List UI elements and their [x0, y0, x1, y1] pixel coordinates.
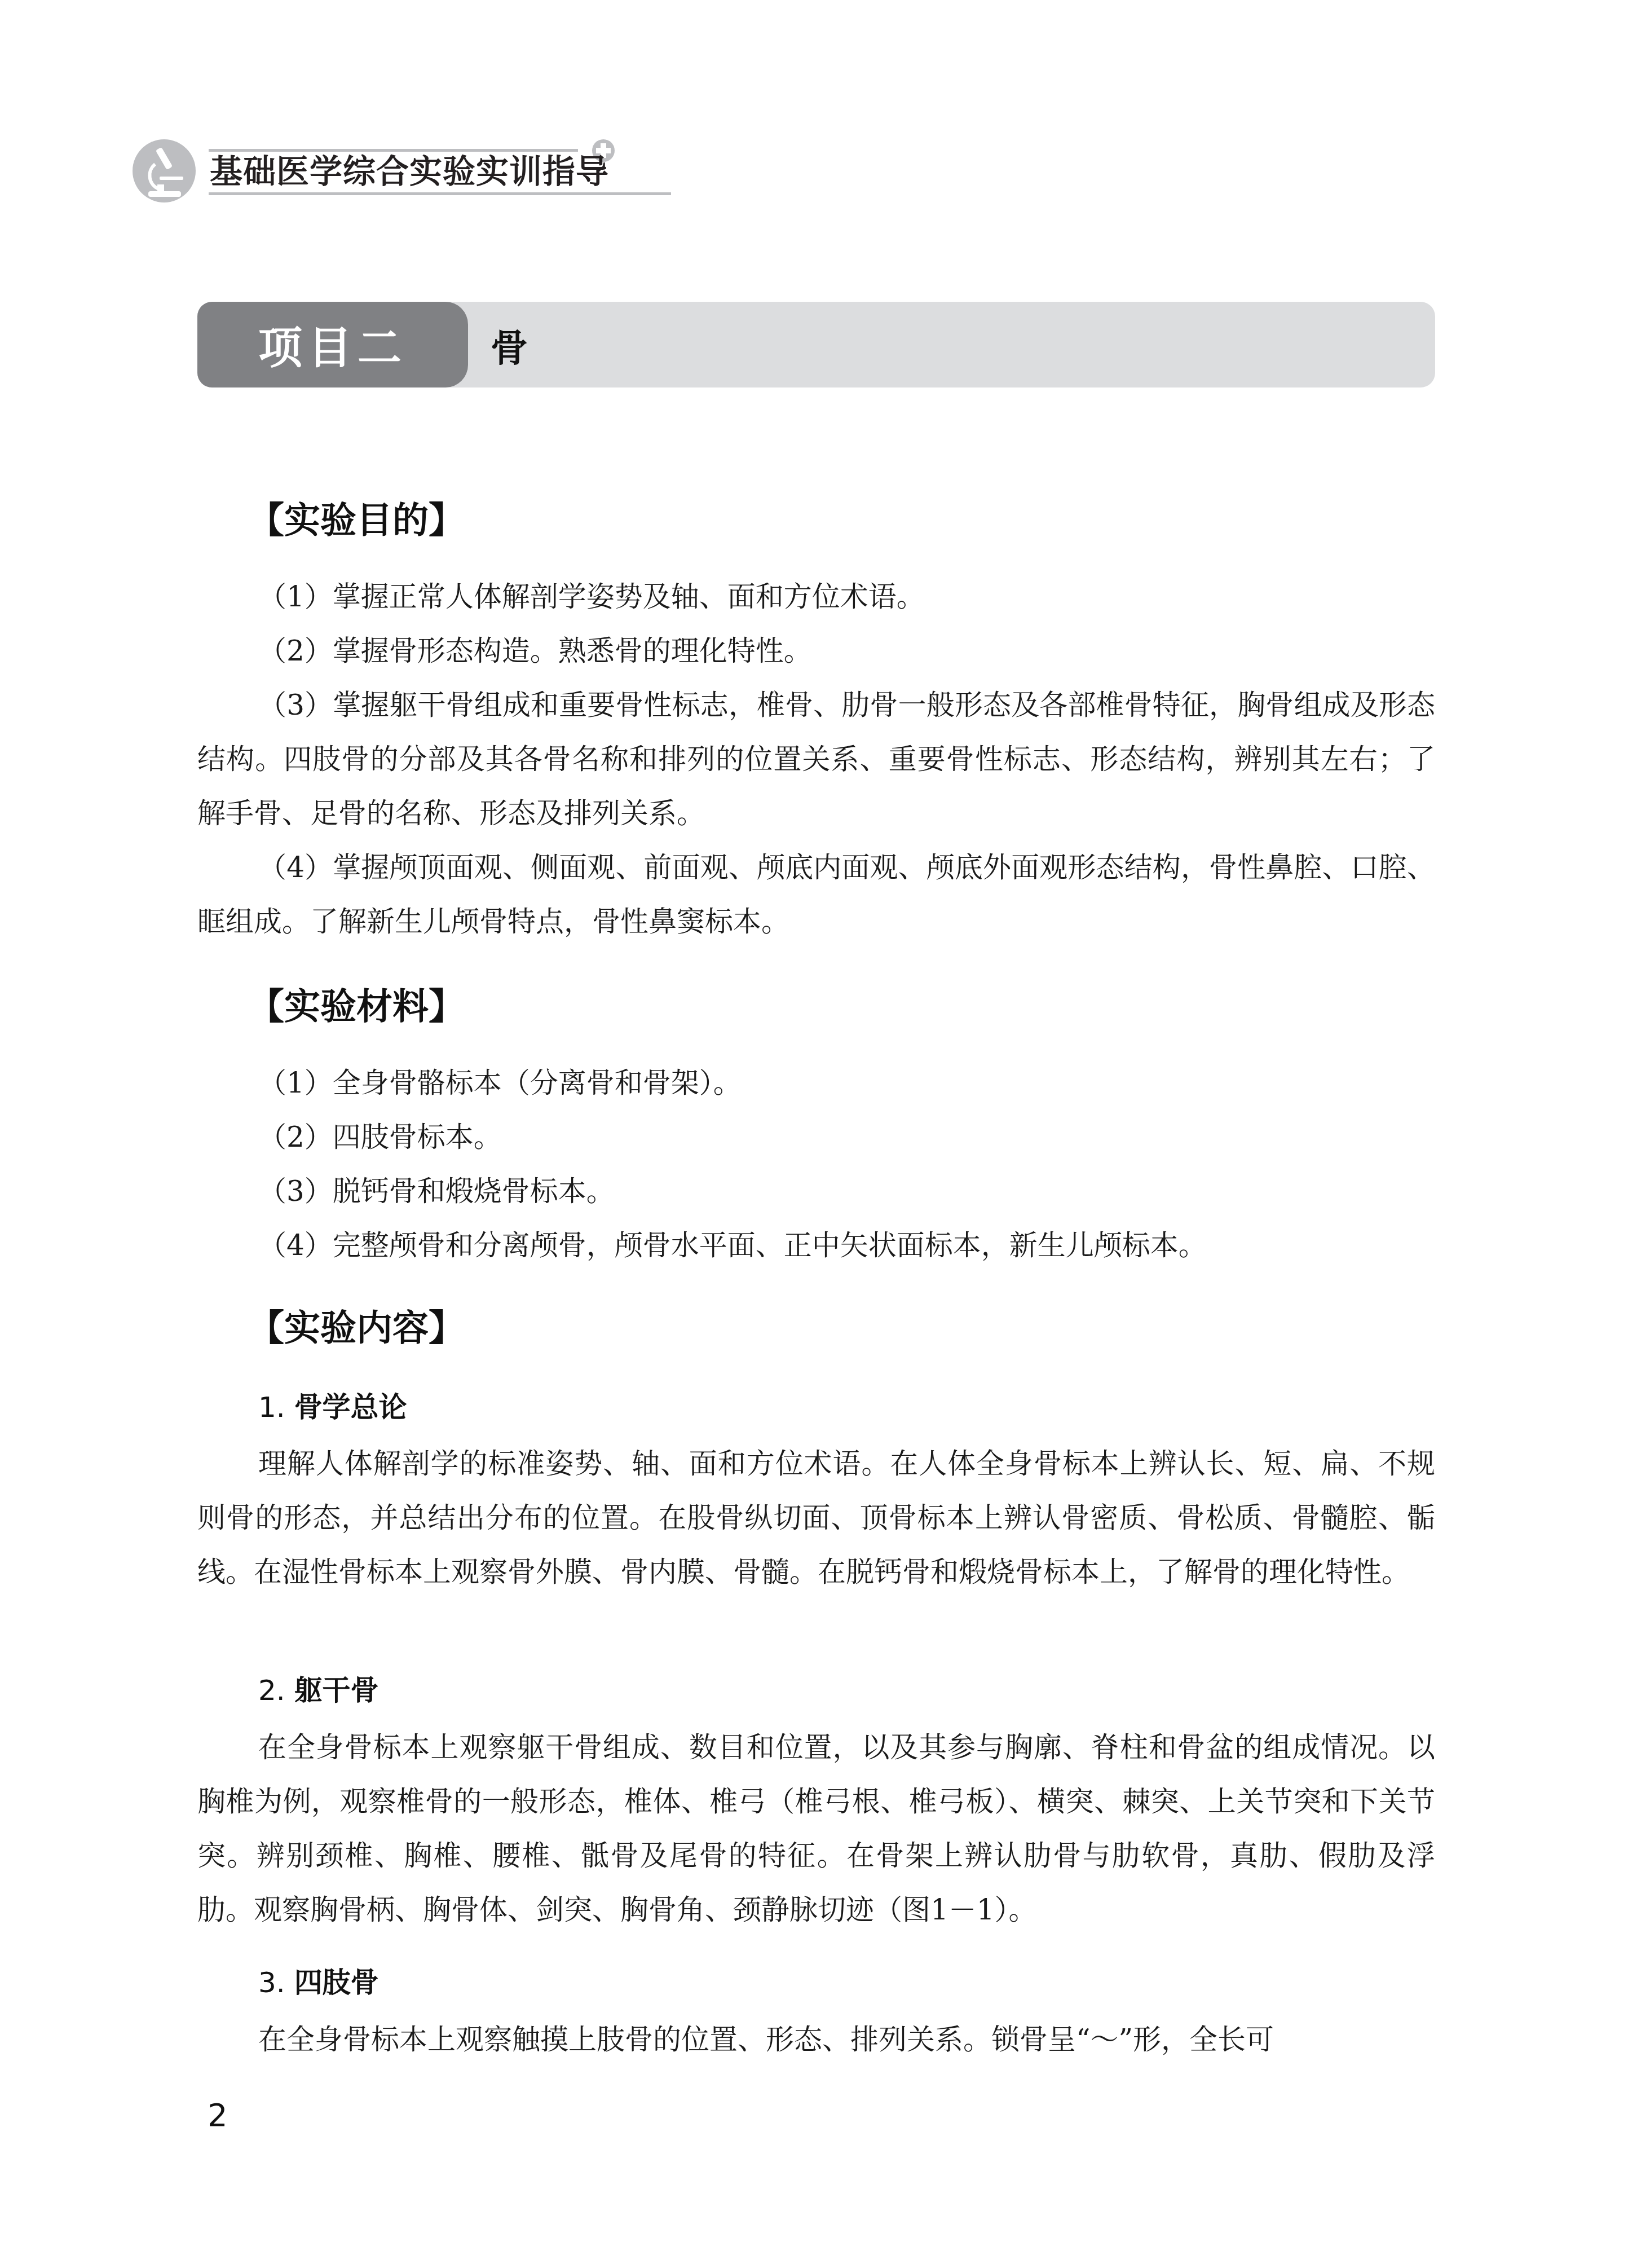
subsection-title: 骨学总论 [294, 1391, 407, 1424]
page-number: 2 [208, 2097, 228, 2134]
material-item: （4）完整颅骨和分离颅骨，颅骨水平面、正中矢状面标本，新生儿颅标本。 [258, 1218, 1437, 1272]
objective-item: （1）掌握正常人体解剖学姿势及轴、面和方位术语。 [258, 570, 1437, 624]
subsection-text: 在全身骨标本上观察躯干骨组成、数目和位置，以及其参与胸廓、脊柱和骨盆的组成情况。… [197, 1720, 1435, 1937]
chapter-label: 项目二 [197, 302, 468, 387]
objective-item: （4）掌握颅顶面观、侧面观、前面观、颅底内面观、颅底外面观形态结构，骨性鼻腔、口… [197, 840, 1435, 949]
subsection-heading-limbs: 3. 四肢骨 [258, 1963, 379, 2002]
objective-item: （3）掌握躯干骨组成和重要骨性标志，椎骨、肋骨一般形态及各部椎骨特征，胸骨组成及… [197, 678, 1435, 840]
subsection-heading-trunk: 2. 躯干骨 [258, 1671, 379, 1710]
subsection-heading-general: 1. 骨学总论 [258, 1388, 407, 1427]
chapter-title: 骨 [491, 302, 528, 387]
subsection-number: 3. [258, 1966, 285, 1999]
subsection-number: 2. [258, 1674, 285, 1707]
subsection-title: 躯干骨 [294, 1674, 379, 1707]
section-heading-content: 【实验内容】 [248, 1306, 465, 1351]
section-heading-objectives: 【实验目的】 [248, 498, 465, 543]
section-heading-materials: 【实验材料】 [248, 984, 465, 1029]
material-item: （2）四肢骨标本。 [258, 1110, 1437, 1164]
subsection-title: 四肢骨 [294, 1966, 379, 1999]
header-rule-bottom [209, 192, 671, 195]
material-item: （3）脱钙骨和煅烧骨标本。 [258, 1164, 1437, 1218]
objective-item: （2）掌握骨形态构造。熟悉骨的理化特性。 [258, 624, 1437, 678]
book-title: 基础医学综合实验实训指导 [210, 151, 609, 192]
material-item: （1）全身骨骼标本（分离骨和骨架）。 [258, 1056, 1437, 1110]
subsection-number: 1. [258, 1391, 285, 1424]
microscope-icon [133, 139, 196, 202]
subsection-text: 在全身骨标本上观察触摸上肢骨的位置、形态、排列关系。锁骨呈“～”形，全长可 [197, 2012, 1435, 2067]
subsection-text: 理解人体解剖学的标准姿势、轴、面和方位术语。在人体全身骨标本上辨认长、短、扁、不… [197, 1437, 1435, 1599]
